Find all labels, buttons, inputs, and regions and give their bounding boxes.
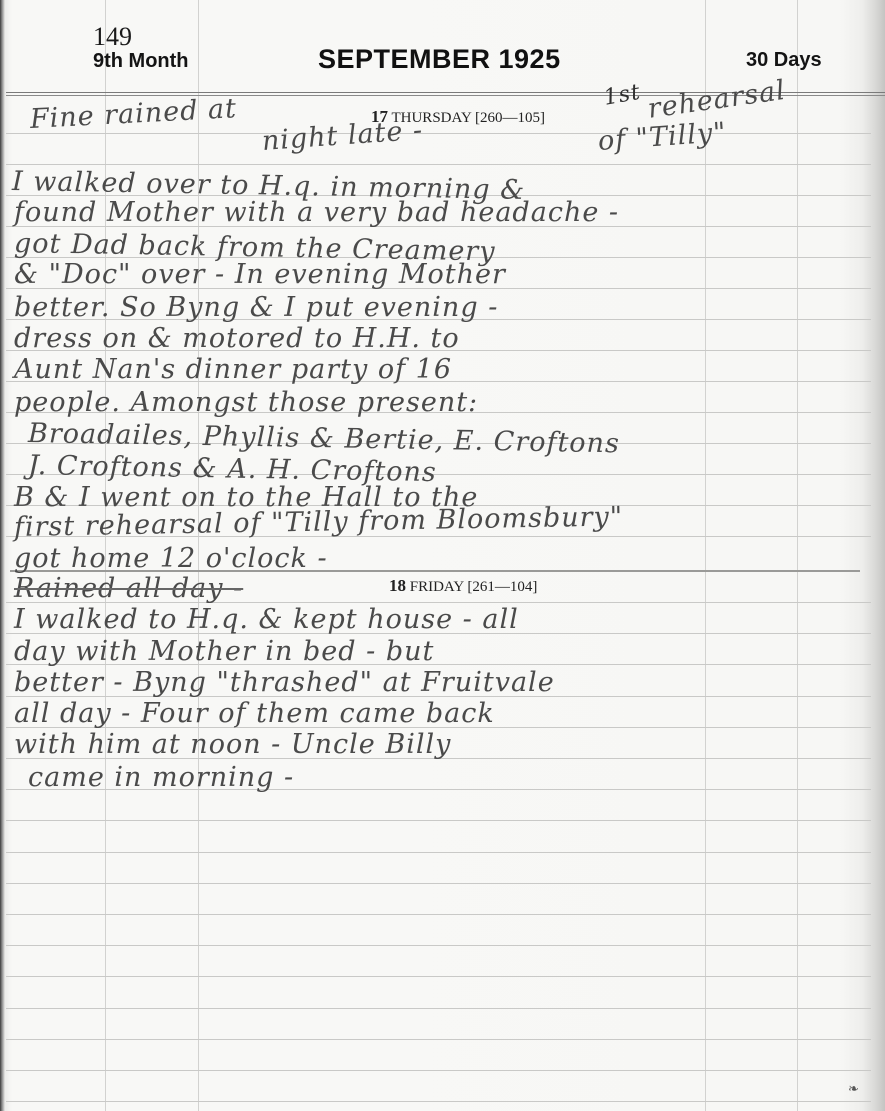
handwritten-line: got home 12 o'clock - <box>14 543 328 574</box>
handwritten-line: better. So Byng & I put evening - <box>14 292 498 323</box>
handwritten-line: found Mother with a very bad headache - <box>14 197 619 228</box>
ruled-horizontal-line <box>6 945 871 946</box>
ruled-horizontal-line <box>6 820 871 821</box>
day-count: [260—105] <box>475 110 545 126</box>
day-name: FRIDAY <box>410 579 464 595</box>
ruled-horizontal-line <box>6 133 871 134</box>
ruled-horizontal-line <box>6 1101 871 1102</box>
ruled-horizontal-line <box>6 1070 871 1071</box>
ruled-horizontal-line <box>6 852 871 853</box>
handwritten-line: Fine rained at <box>29 93 237 135</box>
days-label: 30 Days <box>746 49 822 72</box>
handwritten-annotation: of "Tilly" <box>597 117 728 157</box>
handwritten-line: Aunt Nan's dinner party of 16 <box>14 354 452 385</box>
day-count: [261—104] <box>467 579 537 595</box>
month-label: 9th Month <box>93 50 189 73</box>
handwritten-line: people. Amongst those present: <box>14 387 478 418</box>
handwritten-line-struck: Rained all day - <box>14 573 243 604</box>
handwritten-line: I walked to H.q. & kept house - all <box>14 604 519 635</box>
day-number: 18 <box>389 576 406 595</box>
ruled-horizontal-line <box>6 1039 871 1040</box>
ruled-horizontal-line <box>6 914 871 915</box>
day-header-18: 18 FRIDAY [261—104] <box>389 576 537 596</box>
handwritten-line: dress on & motored to H.H. to <box>14 323 460 354</box>
handwritten-line: night late - <box>261 115 424 157</box>
handwritten-line: better - Byng "thrashed" at Fruitvale <box>14 667 555 698</box>
handwritten-line: day with Mother in bed - but <box>14 636 434 667</box>
page-number: 149 <box>93 22 132 52</box>
handwritten-line: with him at noon - Uncle Billy <box>14 729 451 760</box>
handwritten-line: all day - Four of them came back <box>14 698 495 729</box>
corner-mark-icon: ❧ <box>848 1082 859 1097</box>
diary-page: 149 9th Month SEPTEMBER 1925 30 Days 17 … <box>0 0 885 1111</box>
ruled-horizontal-line <box>6 1008 871 1009</box>
handwritten-line: came in morning - <box>28 762 294 793</box>
handwritten-line: & "Doc" over - In evening Mother <box>14 259 506 290</box>
month-title: SEPTEMBER 1925 <box>318 44 561 75</box>
handwritten-annotation: 1st <box>602 80 643 111</box>
ruled-horizontal-line <box>6 976 871 977</box>
ruled-horizontal-line <box>6 883 871 884</box>
ruled-horizontal-line <box>6 164 871 165</box>
